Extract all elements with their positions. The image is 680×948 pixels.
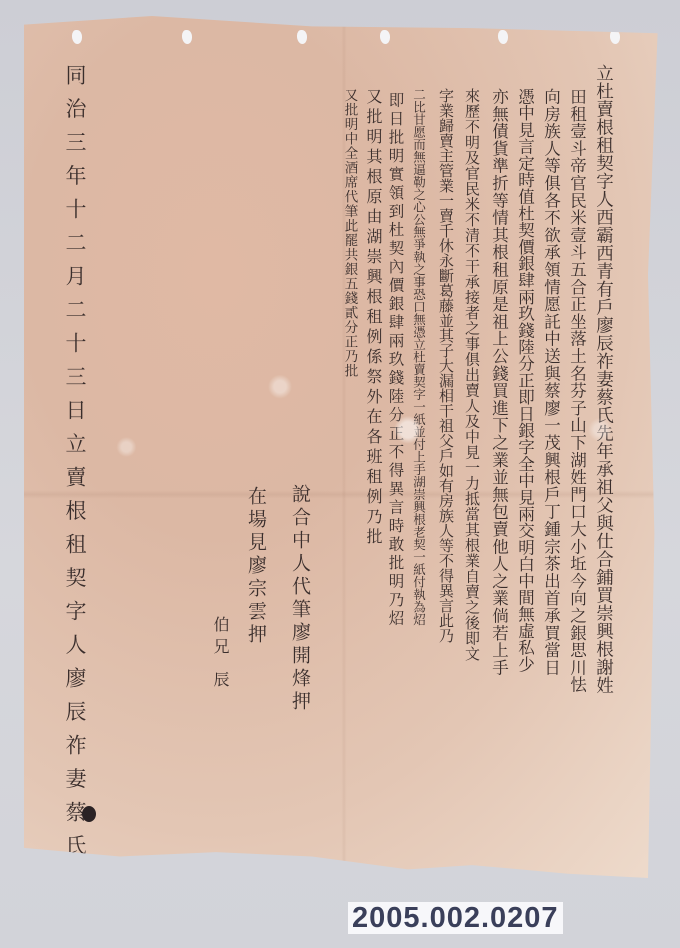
deed-text-column: 來歷不明及官民米不清不干承接者之事俱出賣人及中見一力抵當其根業自賣之後即文 (464, 88, 479, 662)
deed-text-column: 憑中見言定時值杜契價銀肆兩玖錢陸分正即日銀字全中見兩交明白中間無虛私少 (516, 88, 533, 673)
deed-text-column: 二比甘愿而無逼勒之心公無爭執之事恐口無憑立杜賣契字一紙並付上手湖崇興根老契一紙付… (412, 88, 425, 626)
deed-text-column: 即日批明實領到杜契內價銀肆兩玖錢陸分正不得異言時敢批明乃炤 (387, 92, 403, 629)
witness-signature: 在場見廖宗雲押 (246, 486, 265, 647)
pin-hole (498, 30, 508, 44)
deed-text-column: 又批明中全酒席代筆此罷共銀五錢貳分正乃批 (342, 88, 356, 378)
pin-hole (297, 30, 307, 44)
pin-hole (610, 30, 620, 44)
deed-text-column: 亦無債貨準折等情其根租原是祖上公錢買進下之業並無包賣他人之業倘若上手 (490, 88, 507, 676)
ink-seal-mark (82, 806, 96, 822)
deed-text-column: 又批明其根原由湖崇興根租例係祭外在各班租例乃批 (365, 88, 381, 548)
pin-hole (182, 30, 192, 44)
deed-text-column: 立杜賣根租契字人西霸西青有戶廖辰祚妻蔡氏先年承祖父與仕合鋪買崇興根謝姓 (594, 64, 612, 694)
deed-text-column: 向房族人等俱各不欲承領情愿託中送與蔡廖一茂興根戶丁鍾宗茶出首承買當日 (542, 88, 559, 676)
pin-hole (380, 30, 390, 44)
catalog-number-label: 2005.002.0207 (348, 902, 563, 934)
deed-text-column: 字業歸賣主管業一賣千休永斷葛藤並其子大漏相干祖父戶如有房族人等不得異言此乃 (438, 88, 453, 643)
deed-paper: 立杜賣根租契字人西霸西青有戶廖辰祚妻蔡氏先年承祖父與仕合鋪買崇興根謝姓 田租壹斗… (24, 16, 664, 878)
deed-text-column: 田租壹斗帝官民米壹斗五合正坐落土名芬子山下湖姓門口大小坵今向之銀思川怯 (568, 88, 585, 694)
middleman-signature: 說合中人代筆廖開烽押 (290, 484, 309, 714)
signer-mark: 伯兄 辰 (212, 616, 228, 693)
pin-hole (72, 30, 82, 44)
date-line: 同治三年十二月二十三日立賣根租契字人廖辰祚妻蔡氏 (64, 64, 85, 868)
